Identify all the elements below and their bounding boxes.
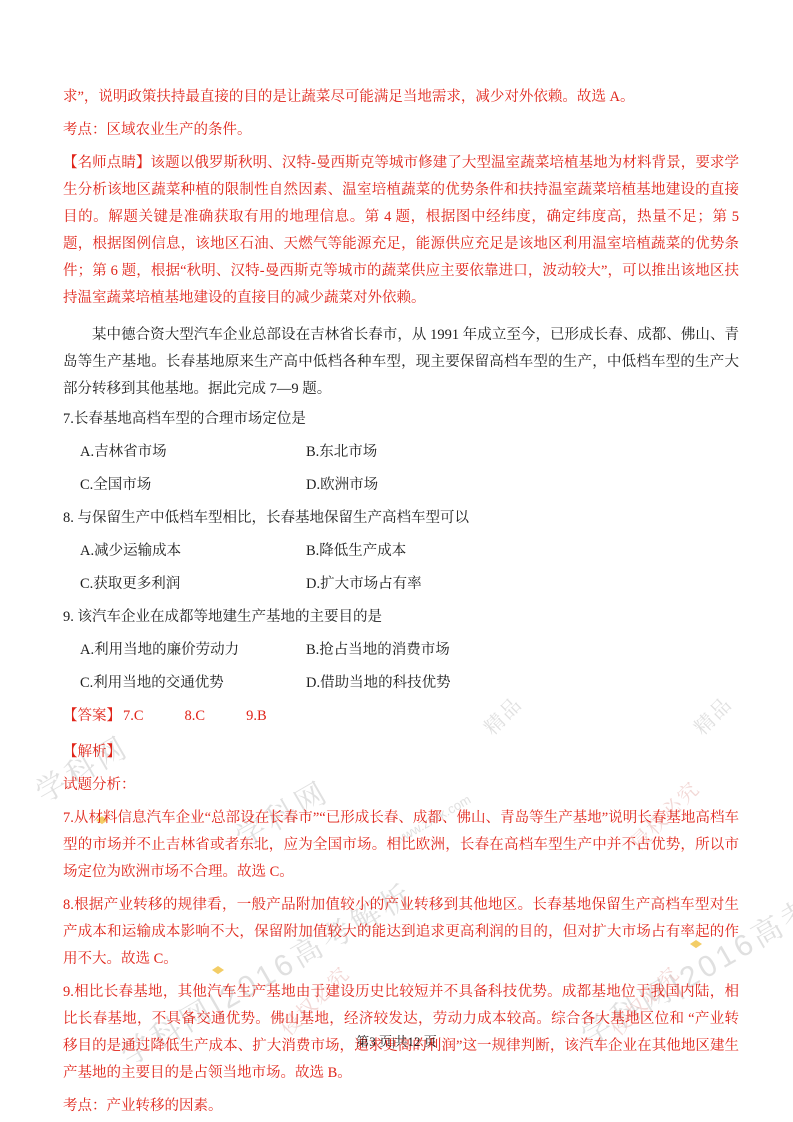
question-7-stem: 7.长春基地高档车型的合理市场定位是 <box>63 403 739 436</box>
answer-q8: 8.C <box>185 700 206 733</box>
question-9-option-d: D.借助当地的科技优势 <box>306 667 739 700</box>
analysis-q8: 8.根据产业转移的规律看，一般产品附加值较小的产业转移到其他地区。长春基地保留生… <box>63 892 739 973</box>
question-8-options: A.减少运输成本 B.降低生产成本 C.获取更多利润 D.扩大市场占有率 <box>63 535 739 601</box>
question-9-option-a: A.利用当地的廉价劳动力 <box>80 634 306 667</box>
question-9-stem: 9. 该汽车企业在成都等地建生产基地的主要目的是 <box>63 601 739 634</box>
previous-answer-tail: 求”，说明政策扶持最直接的目的是让蔬菜尽可能满足当地需求，减少对外依赖。故选 A… <box>63 84 739 111</box>
teacher-highlight-note: 【名师点睛】该题以俄罗斯秋明、汉特-曼西斯克等城市修建了大型温室蔬菜培植基地为材… <box>63 150 739 312</box>
question-8-option-d: D.扩大市场占有率 <box>306 568 739 601</box>
answer-key-line: 【答案】7.C8.C9.B <box>63 700 739 733</box>
question-7-option-a: A.吉林省市场 <box>80 436 306 469</box>
analysis-header: 【解析】 <box>63 739 739 766</box>
answer-q7: 7.C <box>123 700 144 733</box>
reading-passage: 某中德合资大型汽车企业总部设在吉林省长春市，从 1991 年成立至今，已形成长春… <box>63 322 739 403</box>
question-8-option-b: B.降低生产成本 <box>306 535 739 568</box>
question-9-option-c: C.利用当地的交通优势 <box>80 667 306 700</box>
question-7-option-c: C.全国市场 <box>80 469 306 502</box>
question-8: 8. 与保留生产中低档车型相比，长春基地保留生产高档车型可以 A.减少运输成本 … <box>63 502 739 601</box>
exam-point-industry-transfer: 考点：产业转移的因素。 <box>63 1093 739 1120</box>
analysis-q7: 7.从材料信息汽车企业“总部设在长春市”“已形成长春、成都、佛山、青岛等生产基地… <box>63 805 739 886</box>
exam-point-agriculture: 考点：区域农业生产的条件。 <box>63 117 739 144</box>
question-8-stem: 8. 与保留生产中低档车型相比，长春基地保留生产高档车型可以 <box>63 502 739 535</box>
question-7-option-d: D.欧洲市场 <box>306 469 739 502</box>
question-8-option-c: C.获取更多利润 <box>80 568 306 601</box>
question-9-options: A.利用当地的廉价劳动力 B.抢占当地的消费市场 C.利用当地的交通优势 D.借… <box>63 634 739 700</box>
question-7: 7.长春基地高档车型的合理市场定位是 A.吉林省市场 B.东北市场 C.全国市场… <box>63 403 739 502</box>
question-9: 9. 该汽车企业在成都等地建生产基地的主要目的是 A.利用当地的廉价劳动力 B.… <box>63 601 739 700</box>
question-8-option-a: A.减少运输成本 <box>80 535 306 568</box>
page-footer: 第3 页|共12 页 <box>0 1033 793 1051</box>
question-7-options: A.吉林省市场 B.东北市场 C.全国市场 D.欧洲市场 <box>63 436 739 502</box>
answer-q9: 9.B <box>246 700 267 733</box>
page-content: 求”，说明政策扶持最直接的目的是让蔬菜尽可能满足当地需求，减少对外依赖。故选 A… <box>63 84 739 1120</box>
answer-label: 【答案】 <box>63 708 121 724</box>
question-7-option-b: B.东北市场 <box>306 436 739 469</box>
question-9-option-b: B.抢占当地的消费市场 <box>306 634 739 667</box>
analysis-subheader: 试题分析： <box>63 772 739 799</box>
document-page: 精品 精品 学科网 www.zxxk.com 学科网 学科网|2016高考解析 … <box>0 0 793 1122</box>
